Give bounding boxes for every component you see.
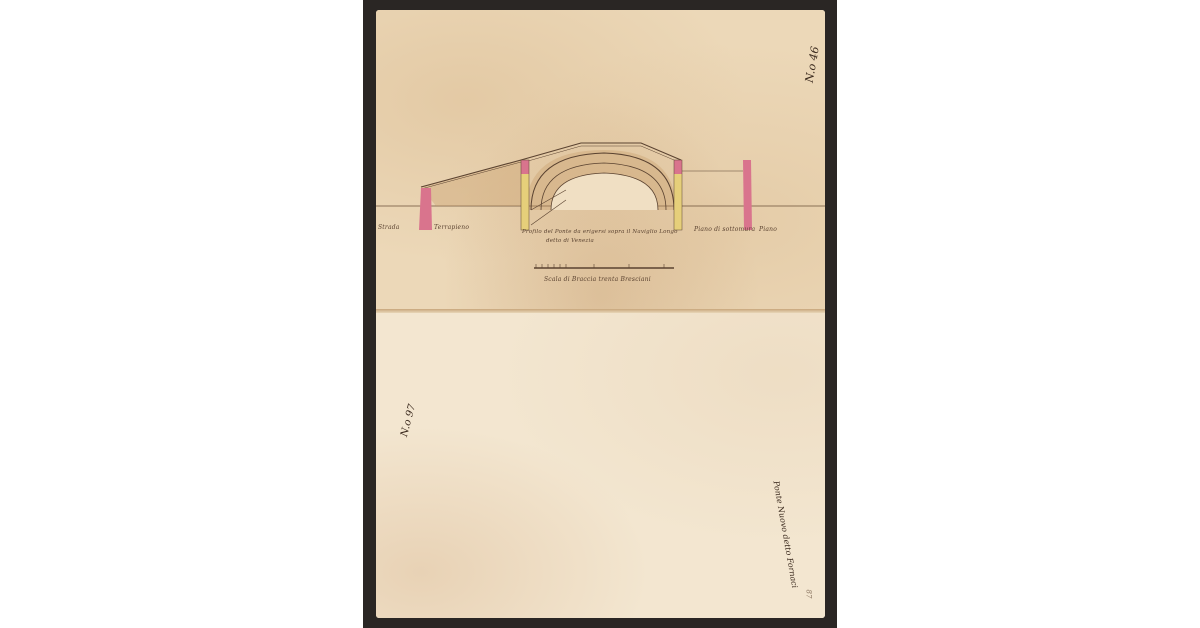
label-piano-sottomura: Piano di sottomura xyxy=(694,226,755,233)
bridge-elevation-drawing xyxy=(376,10,825,310)
manuscript-sheet: Strada Terrapieno Profilo del Ponte da e… xyxy=(376,10,825,618)
bottom-leaf xyxy=(376,313,825,618)
label-terrapieno: Terrapieno xyxy=(434,224,469,231)
label-strada: Strada xyxy=(378,224,400,231)
folio-number-87: 87 xyxy=(804,590,812,599)
label-piano: Piano xyxy=(759,226,777,233)
caption-line-2: detto di Venezia xyxy=(546,238,594,244)
caption-line-1: Profilo del Ponte da erigersi sopra il N… xyxy=(522,229,678,235)
scan-frame: Strada Terrapieno Profilo del Ponte da e… xyxy=(363,0,837,628)
scale-bar-label: Scala di Braccia trenta Bresciani xyxy=(544,276,651,283)
